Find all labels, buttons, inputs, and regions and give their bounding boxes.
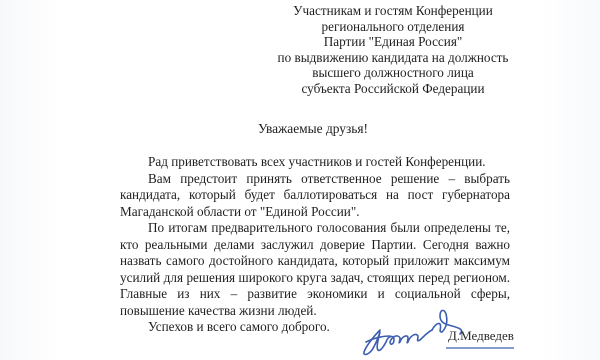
addressee-line: по выдвижению кандидата на должность [268,50,518,66]
signer-name: Д.Медведев [448,328,514,344]
addressee-line: субъекта Российской Федерации [268,81,518,97]
paragraph: Вам предстоит принять ответственное реше… [120,171,510,221]
paragraph: Рад приветствовать всех участников и гос… [120,154,510,171]
addressee-block: Участникам и гостям Конференции регионал… [268,3,518,97]
addressee-line: регионального отделения [268,19,518,35]
signature-block: Д.Медведев [360,300,600,360]
addressee-line: Участникам и гостям Конференции [268,3,518,19]
greeting: Уважаемые друзья! [0,121,600,137]
addressee-line: высшего должностного лица [268,65,518,81]
greeting-text: Уважаемые друзья! [258,121,368,136]
addressee-line: Партии "Единая Россия" [268,34,518,50]
letter-page: Участникам и гостям Конференции регионал… [0,0,600,360]
